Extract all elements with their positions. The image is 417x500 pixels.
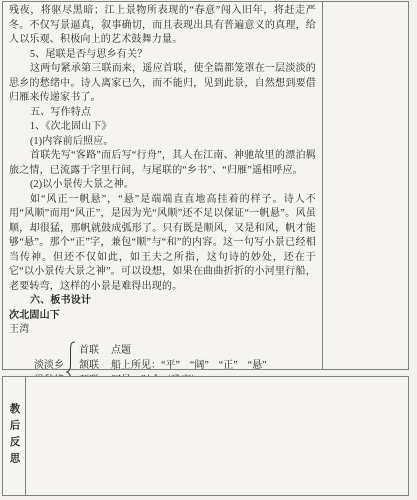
board-side-label-line1: 淡淡乡 [33, 358, 65, 373]
question-5-heading: 5、尾联是否与思乡有关？ [9, 48, 316, 63]
board-row-desc: 船上所见：“平” “阔” “正” “悬” [111, 360, 267, 371]
point-2-body: 如“风正一帆悬”，“悬”是端端直直地高挂着的样子。诗人不用“风顺”而用“风正”，… [9, 193, 316, 295]
reflection-header-cell: 教后反思 [3, 377, 26, 495]
lesson-content-cell: 残夜，将驱尽黑暗；江上景物所表现的“春意”闯入旧年，将赶走严冬。不仅写景逼真，叙… [3, 2, 323, 369]
question-5-answer: 这两句紧承第三联而来，遥应首联，使全篇都笼罩在一层淡淡的思乡的愁绪中。诗人离家已… [9, 62, 316, 106]
board-poem-title: 次北固山下 [9, 309, 316, 324]
section-5-heading: 五、写作特点 [9, 106, 316, 121]
board-row-label: 首联 [79, 343, 99, 358]
board-row-hanlian: 颔联船上所见：“平” “阔” “正” “悬” [79, 358, 267, 373]
point-2-heading: (2)以小景传大景之神。 [9, 178, 316, 193]
reflection-table: 教后反思 [2, 376, 409, 496]
board-row-shoulian: 首联点题 [79, 343, 267, 358]
point-1-heading: (1)内容前后照应。 [9, 135, 316, 150]
empty-right-column-cell [323, 2, 408, 369]
reflection-content-cell [26, 377, 408, 495]
board-row-label: 颔联 [79, 358, 99, 373]
paragraph-continuation: 残夜，将驱尽黑暗；江上景物所表现的“春意”闯入旧年，将赶走严冬。不仅写景逼真，叙… [9, 4, 316, 48]
reflection-label: 教后反思 [7, 403, 22, 469]
poem-title-item: 1、《次北固山下》 [9, 120, 316, 135]
lesson-plan-table: 残夜，将驱尽黑暗；江上景物所表现的“春意”闯入旧年，将赶走严冬。不仅写景逼真，叙… [2, 1, 409, 370]
section-6-heading: 六、板书设计 [9, 294, 316, 309]
board-row-desc: 点题 [111, 345, 131, 356]
point-1-body: 首联先写“客路”而后写“行舟”，其人在江南、神驰故里的漂泊羁旅之情，已流露于字里… [9, 149, 316, 178]
board-poem-author: 王湾 [9, 323, 316, 338]
